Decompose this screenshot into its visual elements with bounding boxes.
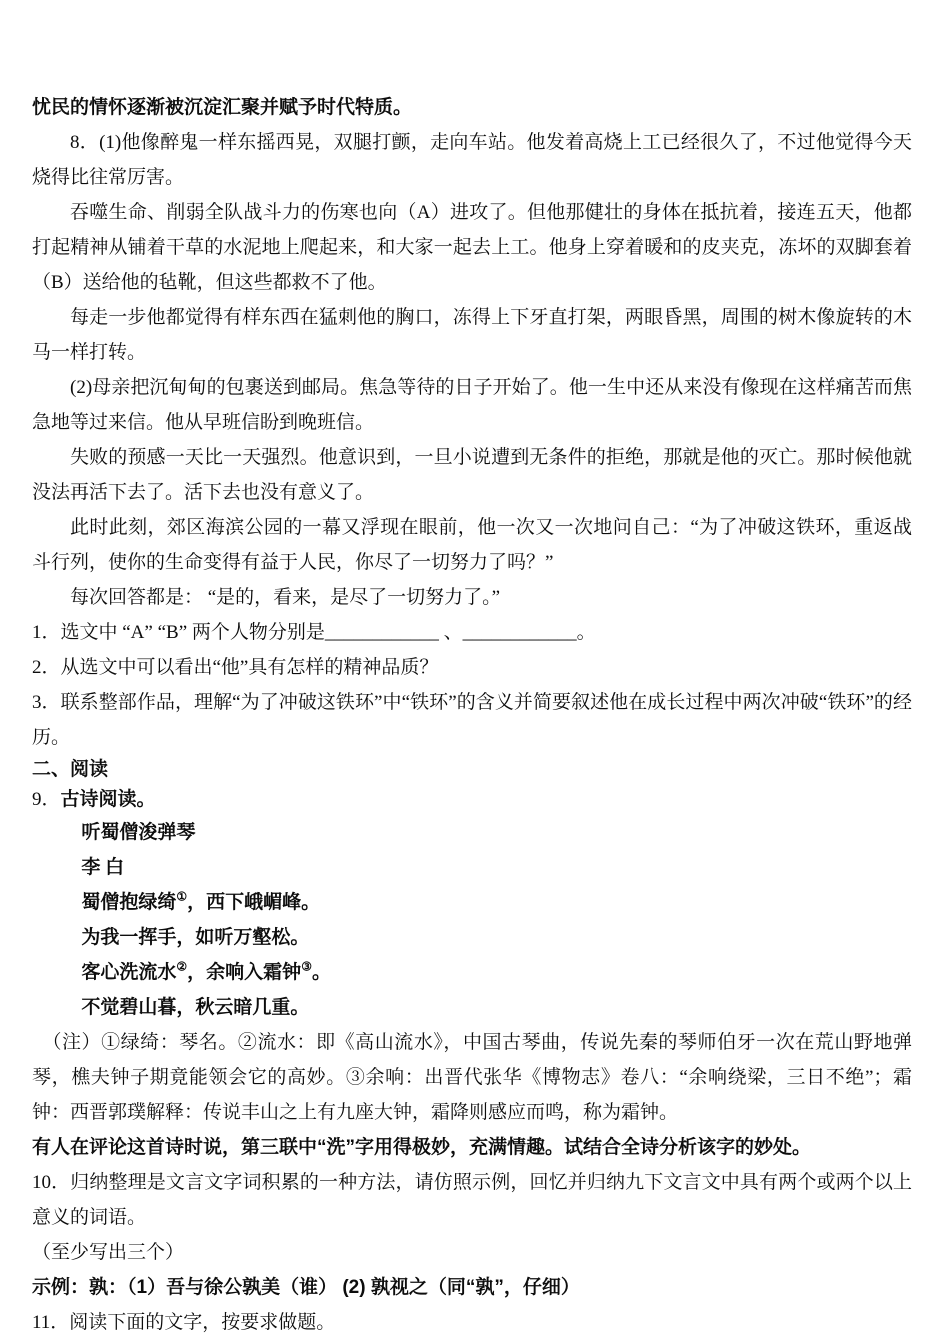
poem-line-3-text: 客心洗流水 [81, 962, 176, 983]
poem-line-4: 不觉碧山暮，秋云暗几重。 [81, 990, 912, 1025]
poem-title: 听蜀僧浚弹琴 [81, 815, 912, 850]
question-1-text: 1．选文中 “A” “B” 两个人物分别是 [32, 622, 325, 643]
q8-passage-paragraph-4: (2)母亲把沉甸甸的包裹送到邮局。焦急等待的日子开始了。他一生中还从来没有像现在… [32, 370, 912, 440]
intro-tail-line: 忧民的情怀逐渐被沉淀汇聚并赋予时代特质。 [32, 90, 912, 125]
poem-footnotes: （注）①绿绮：琴名。②流水：即《高山流水》，中国古琴曲，传说先秦的琴师伯牙一次在… [32, 1025, 912, 1130]
q8-passage-paragraph-7: 每次回答都是： “是的，看来，是尽了一切努力了。” [32, 580, 912, 615]
q8-passage-paragraph-5: 失败的预感一天比一天强烈。他意识到，一旦小说遭到无条件的拒绝，那就是他的灭亡。那… [32, 440, 912, 510]
poem-line-1-text-b: ，西下峨嵋峰。 [187, 892, 320, 913]
question-9-prompt: 有人在评论这首诗时说，第三联中“洗”字用得极妙，充满情趣。试结合全诗分析该字的妙… [32, 1130, 912, 1165]
question-1-separator: 、 [439, 622, 463, 643]
question-9-label: 古诗阅读。 [61, 789, 156, 810]
footnote-marker-1: ① [176, 890, 187, 904]
poem-block: 听蜀僧浚弹琴 李 白 蜀僧抱绿绮①，西下峨嵋峰。 为我一挥手，如听万壑松。 客心… [81, 815, 912, 1025]
question-9-number: 9． [32, 789, 61, 810]
poem-line-1: 蜀僧抱绿绮①，西下峨嵋峰。 [81, 885, 912, 920]
answer-blank-2: ____________ [463, 622, 577, 643]
poem-line-2: 为我一挥手，如听万壑松。 [81, 920, 912, 955]
question-2: 2．从选文中可以看出“他”具有怎样的精神品质？ [32, 650, 912, 685]
footnote-marker-3: ③ [301, 960, 312, 974]
q8-passage-paragraph-6: 此时此刻，郊区海滨公园的一幕又浮现在眼前，他一次又一次地问自己：“为了冲破这铁环… [32, 510, 912, 580]
question-10: 10．归纳整理是文言文字词积累的一种方法，请仿照示例，回忆并归纳九下文言文中具有… [32, 1165, 912, 1235]
question-3: 3．联系整部作品，理解“为了冲破这铁环”中“铁环”的含义并简要叙述他在成长过程中… [32, 685, 912, 755]
q8-passage-paragraph-1: 8．(1)他像醉鬼一样东摇西晃，双腿打颤，走向车站。他发着高烧上工已经很久了，不… [32, 125, 912, 195]
poem-line-3: 客心洗流水②，余响入霜钟③。 [81, 955, 912, 990]
question-10-example: 示例：孰：（1）吾与徐公孰美（谁） (2) 孰视之（同“孰”，仔细） [32, 1270, 912, 1305]
question-10-constraint: （至少写出三个） [32, 1235, 912, 1270]
q8-passage-paragraph-2: 吞噬生命、削弱全队战斗力的伤寒也向（A）进攻了。但他那健壮的身体在抵抗着，接连五… [32, 195, 912, 300]
poem-line-3-text-c: 。 [312, 962, 331, 983]
section-2-heading: 二、阅读 [32, 755, 912, 785]
question-9-heading: 9．古诗阅读。 [32, 785, 912, 815]
exam-page: 忧民的情怀逐渐被沉淀汇聚并赋予时代特质。 8．(1)他像醉鬼一样东摇西晃，双腿打… [0, 0, 950, 1344]
question-11: 11．阅读下面的文字，按要求做题。 [32, 1305, 912, 1340]
poem-line-1-text: 蜀僧抱绿绮 [81, 892, 176, 913]
q8-passage-paragraph-3: 每走一步他都觉得有样东西在猛刺他的胸口，冻得上下牙直打架，两眼昏黑，周围的树木像… [32, 300, 912, 370]
answer-blank-1: ____________ [325, 622, 439, 643]
question-1: 1．选文中 “A” “B” 两个人物分别是____________ 、_____… [32, 615, 912, 650]
poem-line-2-text: 为我一挥手，如听万壑松。 [81, 927, 309, 948]
poem-line-4-text: 不觉碧山暮，秋云暗几重。 [81, 997, 309, 1018]
poem-line-3-text-b: ，余响入霜钟 [187, 962, 301, 983]
footnote-marker-2: ② [176, 960, 187, 974]
question-1-end: 。 [577, 622, 596, 643]
poem-author: 李 白 [81, 850, 912, 885]
